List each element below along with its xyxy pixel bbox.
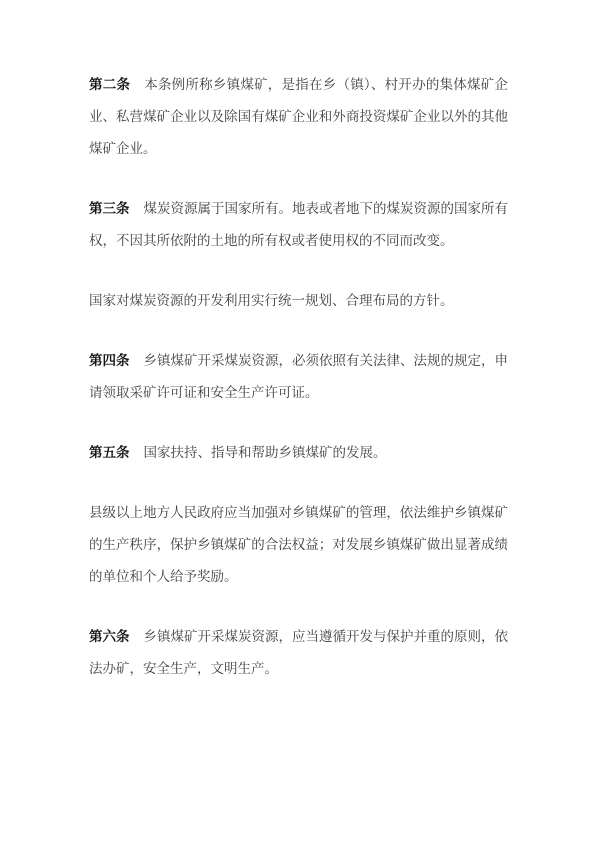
article-number: 第五条 [89, 445, 130, 460]
paragraph-text: 本条例所称乡镇煤矿，是指在乡（镇）、村开办的集体煤矿企业、私营煤矿企业以及除国有… [89, 77, 508, 156]
paragraph-article-5: 第五条国家扶持、指导和帮助乡镇煤矿的发展。 [89, 437, 508, 469]
paragraph-article-3: 第三条煤炭资源属于国家所有。地表或者地下的煤炭资源的国家所有权，不因其所依附的土… [89, 193, 508, 257]
document-page: 第二条本条例所称乡镇煤矿，是指在乡（镇）、村开办的集体煤矿企业、私营煤矿企业以及… [0, 0, 595, 841]
paragraph-text: 县级以上地方人民政府应当加强对乡镇煤矿的管理，依法维护乡镇煤矿的生产秩序，保护乡… [89, 505, 508, 584]
article-number: 第四条 [89, 353, 130, 368]
paragraph-text: 国家对煤炭资源的开发利用实行统一规划、合理布局的方针。 [89, 293, 454, 308]
paragraph-text: 乡镇煤矿开采煤炭资源，必须依照有关法律、法规的规定，申请领取采矿许可证和安全生产… [89, 353, 508, 400]
article-number: 第三条 [89, 201, 130, 216]
paragraph-article-4: 第四条乡镇煤矿开采煤炭资源，必须依照有关法律、法规的规定，申请领取采矿许可证和安… [89, 345, 508, 409]
paragraph-text: 煤炭资源属于国家所有。地表或者地下的煤炭资源的国家所有权，不因其所依附的土地的所… [89, 201, 508, 248]
paragraph-article-3-continued: 国家对煤炭资源的开发利用实行统一规划、合理布局的方针。 [89, 285, 508, 317]
paragraph-article-2: 第二条本条例所称乡镇煤矿，是指在乡（镇）、村开办的集体煤矿企业、私营煤矿企业以及… [89, 69, 508, 165]
paragraph-article-5-continued: 县级以上地方人民政府应当加强对乡镇煤矿的管理，依法维护乡镇煤矿的生产秩序，保护乡… [89, 497, 508, 593]
article-number: 第六条 [89, 629, 130, 644]
paragraph-text: 国家扶持、指导和帮助乡镇煤矿的发展。 [144, 445, 387, 460]
paragraph-article-6: 第六条乡镇煤矿开采煤炭资源，应当遵循开发与保护并重的原则，依法办矿，安全生产，文… [89, 621, 508, 685]
paragraph-text: 乡镇煤矿开采煤炭资源，应当遵循开发与保护并重的原则，依法办矿，安全生产，文明生产… [89, 629, 508, 676]
article-number: 第二条 [89, 77, 130, 92]
